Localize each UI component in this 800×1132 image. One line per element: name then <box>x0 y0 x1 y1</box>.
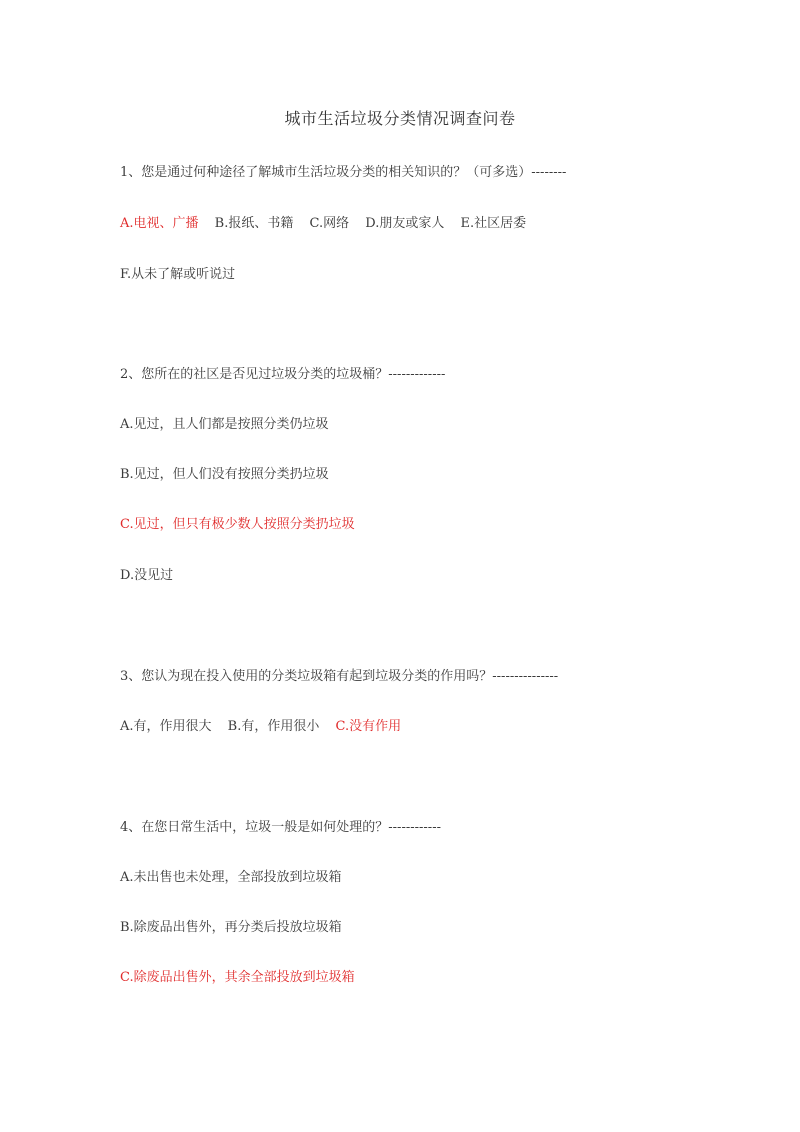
question-3-text: 3、您认为现在投入使用的分类垃圾箱有起到垃圾分类的作用吗？-----------… <box>120 668 558 686</box>
q2-option-c: C.见过，但只有极少数人按照分类扔垃圾 <box>120 516 355 534</box>
q3-option-a: A.有，作用很大 <box>120 719 212 734</box>
question-3-options-row: A.有，作用很大 B.有，作用很小 C.没有作用 <box>120 718 413 736</box>
q2-option-a: A.见过，且人们都是按照分类仍垃圾 <box>120 416 329 434</box>
q1-option-a: A.电视、广播 <box>120 216 199 231</box>
q1-option-e: E.社区居委 <box>461 216 527 231</box>
q4-option-b: B.除废品出售外，再分类后投放垃圾箱 <box>120 919 342 937</box>
question-2-text: 2、您所在的社区是否见过垃圾分类的垃圾桶？------------- <box>120 366 445 384</box>
document-title: 城市生活垃圾分类情况调查问卷 <box>0 106 800 129</box>
question-1-text: 1、您是通过何种途径了解城市生活垃圾分类的相关知识的？（可多选）-------- <box>120 164 566 182</box>
q2-option-d: D.没见过 <box>120 567 173 585</box>
q1-option-f: F.从未了解或听说过 <box>120 266 235 284</box>
q2-option-b: B.见过，但人们没有按照分类扔垃圾 <box>120 466 329 484</box>
question-1-options-row: A.电视、广播 B.报纸、书籍 C.网络 D.朋友或家人 E.社区居委 <box>120 215 538 233</box>
q1-option-b: B.报纸、书籍 <box>215 216 294 231</box>
q1-option-c: C.网络 <box>310 216 350 231</box>
q3-option-c: C.没有作用 <box>336 719 402 734</box>
q1-option-d: D.朋友或家人 <box>365 216 444 231</box>
q3-option-b: B.有，作用很小 <box>228 719 320 734</box>
q4-option-c: C.除废品出售外，其余全部投放到垃圾箱 <box>120 969 355 987</box>
q4-option-a: A.未出售也未处理，全部投放到垃圾箱 <box>120 869 342 887</box>
question-4-text: 4、在您日常生活中，垃圾一般是如何处理的？------------ <box>120 819 441 837</box>
